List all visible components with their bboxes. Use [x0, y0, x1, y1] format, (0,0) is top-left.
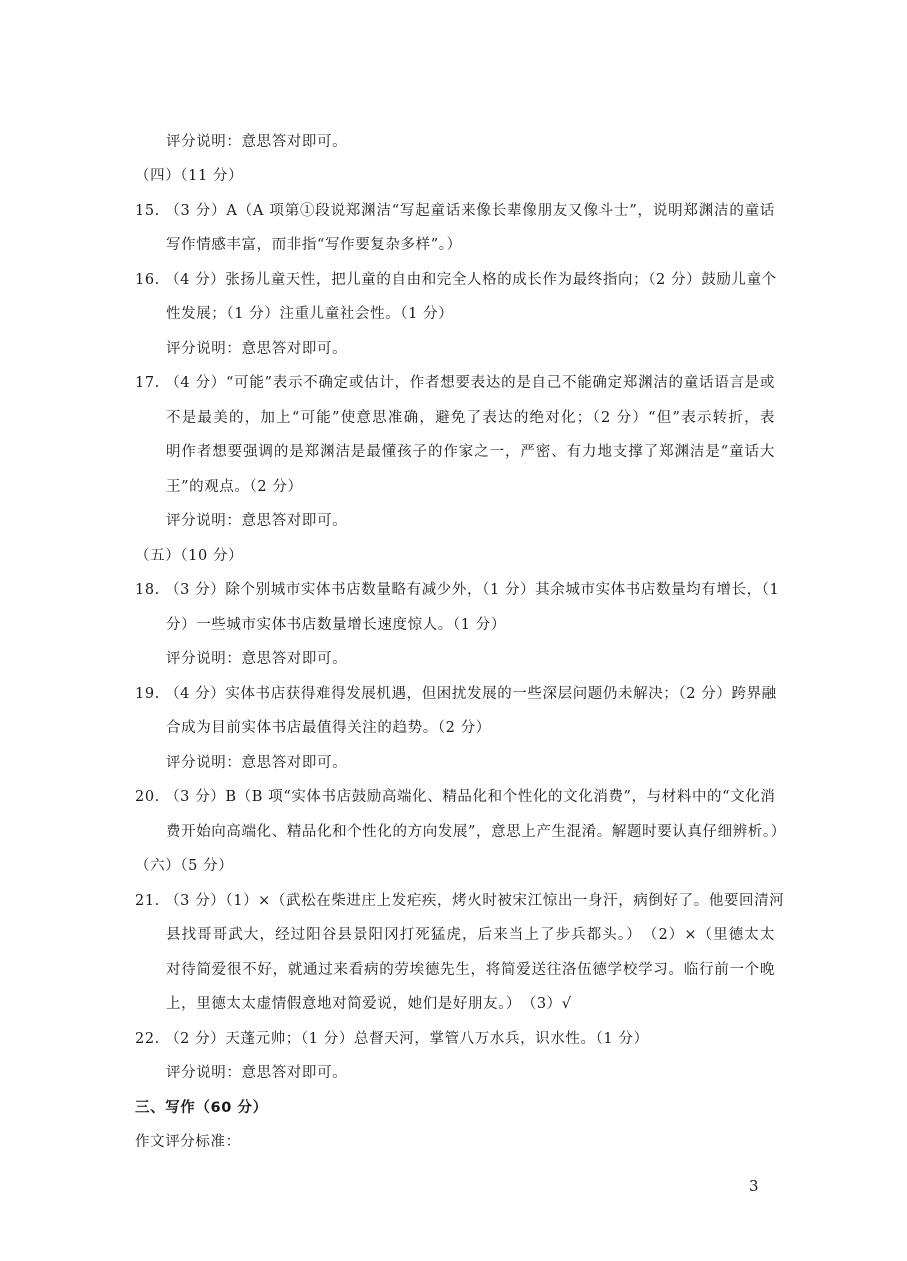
grading-note: 评分说明：意思答对即可。 [166, 1063, 775, 1083]
answer-15-cont: 写作情感丰富，而非指“写作要复杂多样”。） [166, 235, 775, 255]
writing-section-heading: 三、写作（60 分） [135, 1098, 775, 1118]
answer-21-cont: 县找哥哥武大，经过阳谷县景阳冈打死猛虎，后来当上了步兵都头。） （2）×（里德太… [166, 925, 775, 945]
essay-criteria-label: 作文评分标准： [135, 1132, 775, 1152]
answer-22: 22. （2 分）天蓬元帅；（1 分）总督天河，掌管八万水兵，识水性。（1 分） [135, 1029, 775, 1049]
answer-15: 15. （3 分）A（A 项第①段说郑渊洁“写起童话来像长辈像朋友又像斗士”，说… [135, 201, 775, 221]
answer-18-cont: 分）一些城市实体书店数量增长速度惊人。（1 分） [166, 615, 775, 635]
grading-note: 评分说明：意思答对即可。 [166, 649, 775, 669]
section-heading-5: （五）（10 分） [135, 546, 775, 566]
document-page: 评分说明：意思答对即可。 （四）（11 分） 15. （3 分）A（A 项第①段… [0, 0, 907, 1261]
grading-note: 评分说明：意思答对即可。 [166, 511, 775, 531]
answer-16: 16. （4 分）张扬儿童天性，把儿童的自由和完全人格的成长作为最终指向；（2 … [135, 270, 775, 290]
answer-20-cont: 费开始向高端化、精品化和个性化的方向发展”，意思上产生混淆。解题时要认真仔细辨析… [166, 822, 775, 842]
answer-20: 20. （3 分）B（B 项“实体书店鼓励高端化、精品化和个性化的文化消费”，与… [135, 787, 775, 807]
answer-17-cont: 王”的观点。（2 分） [166, 477, 775, 497]
answer-19-cont: 合成为目前实体书店最值得关注的趋势。（2 分） [166, 718, 775, 738]
answer-18: 18. （3 分）除个别城市实体书店数量略有减少外，（1 分）其余城市实体书店数… [135, 580, 775, 600]
answer-17: 17. （4 分）“可能”表示不确定或估计，作者想要表达的是自己不能确定郑渊洁的… [135, 373, 775, 393]
answer-17-cont: 明作者想要强调的是郑渊洁是最懂孩子的作家之一，严密、有力地支撑了郑渊洁是“童话大 [166, 442, 775, 462]
section-heading-6: （六）（5 分） [135, 856, 775, 876]
grading-note: 评分说明：意思答对即可。 [166, 753, 775, 773]
grading-note: 评分说明：意思答对即可。 [166, 132, 775, 152]
answer-19: 19. （4 分）实体书店获得难得发展机遇，但困扰发展的一些深层问题仍未解决；（… [135, 684, 775, 704]
answer-21-cont: 对待简爱很不好，就通过来看病的劳埃德先生，将简爱送往洛伍德学校学习。临行前一个晚 [166, 960, 775, 980]
answer-17-cont: 不是最美的，加上“可能”使意思准确，避免了表达的绝对化；（2 分）“但”表示转折… [166, 408, 775, 428]
answer-16-cont: 性发展；（1 分）注重儿童社会性。（1 分） [166, 304, 775, 324]
answer-21: 21. （3 分）（1）×（武松在柴进庄上发疟疾，烤火时被宋江惊出一身汗，病倒好… [135, 891, 775, 911]
grading-note: 评分说明：意思答对即可。 [166, 339, 775, 359]
answer-21-cont: 上，里德太太虚情假意地对简爱说，她们是好朋友。） （3）√ [166, 994, 775, 1014]
section-heading-4: （四）（11 分） [135, 166, 775, 186]
page-number: 3 [749, 1177, 759, 1195]
